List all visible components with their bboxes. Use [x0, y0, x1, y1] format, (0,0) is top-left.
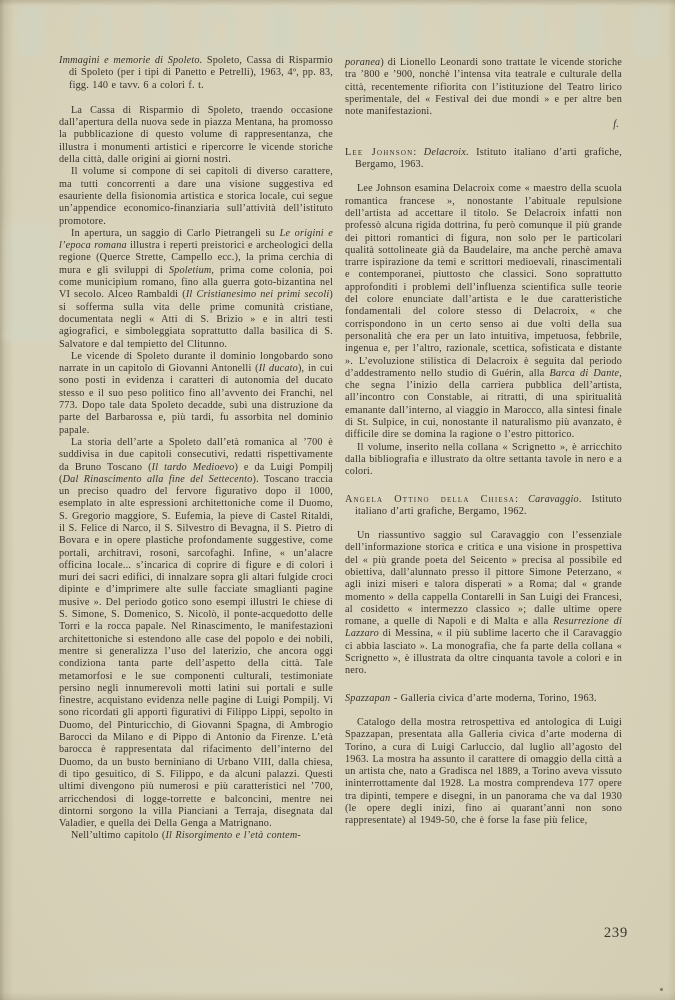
paragraph: Il volume, inserito nella collana « Scri…: [345, 442, 622, 479]
bibliographic-entry: Immagini e memorie di Spoleto. Spoleto, …: [59, 55, 333, 92]
showthrough-glyph: [634, 7, 660, 56]
scanned-journal-page: Immagini e memorie di Spoleto. Spoleto, …: [0, 0, 675, 1000]
showthrough-glyph: [394, 7, 420, 56]
showthrough-glyph: [326, 7, 362, 56]
text-segment: - Galleria civica d’arte moderna, Torino…: [390, 693, 596, 704]
left-column: Immagini e memorie di Spoleto. Spoleto, …: [59, 55, 333, 843]
text-segment: Il volume, inserito nella collana « Scri…: [345, 442, 622, 478]
paragraph: Il volume si compone di sei capitoli di …: [59, 166, 333, 227]
text-segment: :: [515, 494, 528, 505]
showthrough-ghost-title: [18, 7, 660, 56]
text-segment: ) di Lionello Leonardi sono trattate le …: [345, 57, 622, 117]
showthrough-ghost-blob: [6, 222, 52, 340]
text-segment: Il ducato: [259, 363, 298, 374]
paper-speck: [660, 988, 663, 991]
text-segment: Dal Rinascimento alla fine del Settecent…: [63, 474, 253, 485]
showthrough-ghost-strip: [90, 974, 520, 987]
review-heading: Angela Ottino della Chiesa: Caravaggio. …: [345, 494, 622, 519]
text-segment: Il volume si compone di sei capitoli di …: [59, 166, 333, 226]
text-segment: Immagini e memorie di Spoleto.: [59, 55, 202, 66]
showthrough-glyph: [201, 7, 237, 56]
paragraph: Un riassuntivo saggio sul Caravaggio con…: [345, 530, 622, 678]
paragraph: La storia dell’arte a Spoleto dall’età r…: [59, 437, 333, 831]
right-column: poranea) di Lionello Leonardi sono tratt…: [345, 57, 622, 828]
text-segment: f.: [613, 119, 619, 130]
showthrough-glyph: [509, 7, 545, 56]
showthrough-glyph: [143, 7, 169, 56]
paragraph: In apertura, un saggio di Carlo Pietrang…: [59, 228, 333, 351]
text-segment: di Messina, « il più sublime lacerto che…: [345, 628, 622, 676]
page-number: 239: [604, 925, 628, 942]
text-segment: :: [413, 147, 423, 158]
reviewer-signature: f.: [345, 119, 619, 131]
text-segment: Spoletium: [169, 265, 212, 276]
showthrough-glyph: [576, 7, 602, 56]
paragraph: La Cassa di Risparmio di Spoleto, traend…: [59, 105, 333, 166]
review-heading: Lee Johnson: Delacroix. Istituto italian…: [345, 147, 622, 172]
showthrough-glyph: [451, 7, 477, 56]
paragraph: Lee Johnson esamina Delacroix come « mae…: [345, 183, 622, 441]
text-segment: Delacroix: [424, 147, 466, 158]
paragraph-continuation: poranea) di Lionello Leonardi sono tratt…: [345, 57, 622, 118]
text-segment: Il Cristianesimo nei primi secoli: [186, 289, 330, 300]
text-segment: ). Toscano traccia un preciso quadro del…: [59, 474, 333, 829]
text-segment: poranea: [345, 57, 380, 68]
text-segment: Barca di Dante: [550, 368, 620, 379]
showthrough-glyph: [18, 7, 44, 56]
showthrough-ghost-strip: [4, 330, 59, 341]
text-segment: Caravaggio: [528, 494, 579, 505]
text-segment: Nell’ultimo capitolo (: [71, 830, 165, 841]
text-segment: Un riassuntivo saggio sul Caravaggio con…: [345, 530, 622, 627]
text-segment: La Cassa di Risparmio di Spoleto, traend…: [59, 105, 333, 165]
text-segment: Lee Johnson esamina Delacroix come « mae…: [345, 183, 622, 378]
showthrough-glyph: [268, 7, 294, 56]
paragraph: Le vicende di Spoleto durante il dominio…: [59, 351, 333, 437]
text-segment: Lee Johnson: [345, 147, 413, 158]
paragraph: Nell’ultimo capitolo (Il Risorgimento e …: [59, 830, 333, 842]
text-segment: Spazzapan: [345, 693, 390, 704]
text-segment: Il tardo Medioevo: [152, 462, 235, 473]
text-segment: Catalogo della mostra retrospettiva ed a…: [345, 717, 622, 826]
text-segment: In apertura, un saggio di Carlo Pietrang…: [71, 228, 280, 239]
text-segment: Il Risorgimento e l’età contem-: [165, 830, 301, 841]
review-heading: Spazzapan - Galleria civica d’arte moder…: [345, 693, 622, 705]
text-segment: Angela Ottino della Chiesa: [345, 494, 515, 505]
paragraph: Catalogo della mostra retrospettiva ed a…: [345, 717, 622, 828]
showthrough-glyph: [76, 7, 112, 56]
